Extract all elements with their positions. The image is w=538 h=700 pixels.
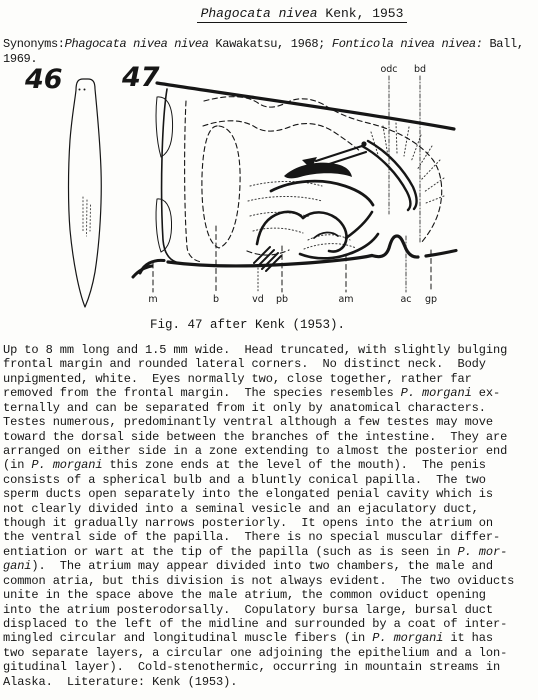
figures-plate: 46 47 (0, 0, 538, 312)
eye-right-icon (84, 89, 86, 91)
copulatory-apparatus-drawing (254, 141, 417, 271)
planarian-body-drawing (69, 79, 102, 307)
figure-caption: Fig. 47 after Kenk (1953). (150, 318, 345, 332)
label-vd: vd (252, 294, 264, 305)
label-bd: bd (414, 64, 426, 75)
vas-deferens-strokes (254, 247, 281, 271)
figure-46: 46 (24, 64, 101, 307)
label-b: b (213, 294, 219, 305)
label-pb: pb (276, 294, 288, 305)
species-description: Up to 8 mm long and 1.5 mm wide. Head tr… (3, 343, 514, 689)
scanned-monograph-page: Phagocata nivea Kenk, 1953 Synonyms:Phag… (0, 0, 538, 700)
copulatory-bursa-outline (202, 126, 240, 248)
figure-47-number: 47 (121, 62, 160, 93)
label-gp: gp (425, 294, 437, 305)
figure-46-number: 46 (24, 64, 63, 95)
label-odc: odc (380, 64, 397, 75)
eye-left-icon (79, 89, 81, 91)
label-m: m (148, 294, 157, 305)
pharynx-marks (83, 197, 91, 236)
label-am: am (338, 294, 353, 305)
figure-47: 47 (121, 62, 456, 305)
label-ac: ac (400, 294, 411, 305)
